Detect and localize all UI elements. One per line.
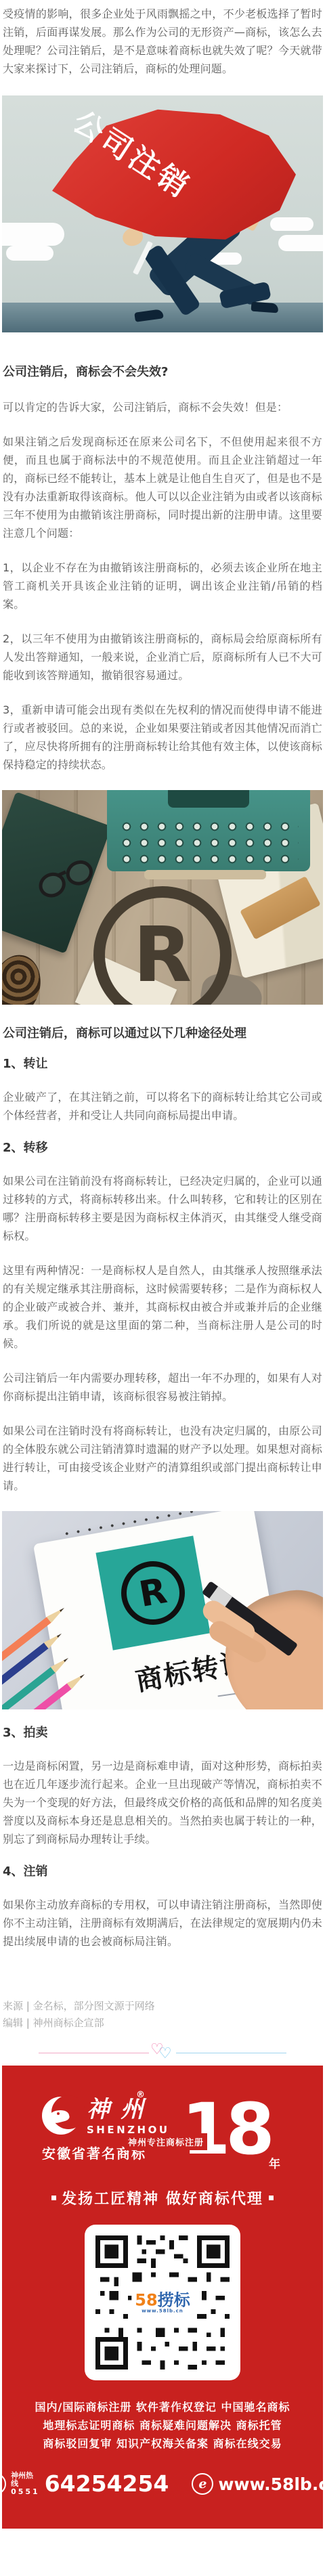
qr-label-58: 58 — [135, 2291, 157, 2310]
subheading-cancellation: 4、注销 — [0, 1864, 325, 1879]
brand-name-cn: 神州 — [87, 2097, 170, 2122]
years-badge: 18 神州专注商标注册 年 — [181, 2095, 283, 2170]
hotline-group: ☎ 神州热线 0551 64254254 — [0, 2472, 169, 2496]
bottom-whitespace — [0, 2529, 325, 2554]
intro-paragraph: 受疫情的影响，很多企业处于风雨飘摇之中，不少老板选择了暂时注销，后面再谋发展。那… — [0, 5, 325, 78]
typewriter-slot — [168, 790, 249, 808]
browser-e-icon: e — [192, 2473, 213, 2495]
years-ribbon: 神州专注商标注册 — [125, 2133, 207, 2150]
list-item-1: 1，以企业不存在为由撤销该注册商标的，必须去该企业所在地主管工商机关开具该企业注… — [0, 559, 325, 613]
paragraph: 如果注销之后发现商标还在原来公司名下，不但使用起来很不方便，而且也属于商标法中的… — [0, 433, 325, 542]
hero-image-company-deregistration[interactable]: 公司注销 — [2, 95, 323, 332]
website-url: www.58lb.cn — [218, 2474, 325, 2494]
man-foot — [251, 302, 279, 313]
subheading-auction: 3、拍卖 — [0, 1726, 325, 1741]
phone-icon: ☎ — [0, 2473, 6, 2495]
heart-divider: ♡♡ — [0, 2043, 325, 2063]
paragraph: 一边是商标闲置，另一边是商标难申请，面对这种形势，商标拍卖也在近几年逐步流行起来… — [0, 1757, 325, 1848]
paragraph: 公司注销后一年内需要办理转移，超出一年不办理的，如果有人对你商标提出注销申请，该… — [0, 1369, 325, 1405]
divider-line-pink — [39, 2053, 149, 2053]
square-bullet — [51, 2196, 56, 2200]
subheading-transfer: 1、转让 — [0, 1057, 325, 1072]
paragraph: 如果公司在注销前没有将商标转让，已经决定归属的，企业可以通过移转的方式，将商标转… — [0, 1172, 325, 1245]
teal-logo-square: R — [95, 1535, 210, 1650]
cloud-shape — [2, 223, 64, 246]
hotline-area-code: 0551 — [11, 2488, 40, 2496]
paragraph: 如果你主动放弃商标的专用权，可以申请注销注册商标，当然即使你不主动注销，注册商标… — [0, 1896, 325, 1950]
paragraph: 如果公司在注销时没有将商标转让，也没有决定归属的，由原公司的全体股东就公司注销清… — [0, 1422, 325, 1495]
services-line-1: 国内/国际商标注册 软件著作权登记 中国驰名商标 — [2, 2398, 323, 2416]
qr-code[interactable]: 58捞标 www.58lb.cn — [85, 2225, 240, 2380]
typewriter-spacebar — [144, 870, 266, 879]
article-page: 受疫情的影响，很多企业处于风雨飘摇之中，不少老板选择了暂时注销，后面再谋发展。那… — [0, 0, 325, 2554]
trademark-transfer-photo[interactable]: R 商标转让 — [2, 1511, 323, 1709]
typewriter-photo[interactable]: R — [2, 790, 323, 1005]
contact-row: ☎ 神州热线 0551 64254254 e www.58lb.cn — [2, 2472, 323, 2496]
dove-crescent-icon — [42, 2095, 83, 2137]
paragraph: 企业破产了，在其注销之前，可以将名下的商标转让给其它公司或个体经营者，并和受让人… — [0, 1088, 325, 1125]
typewriter-keys — [118, 818, 299, 867]
qr-label-url: www.58lb.cn — [135, 2309, 190, 2314]
website-group: e www.58lb.cn — [192, 2473, 325, 2495]
cloud-shape — [6, 246, 53, 261]
shenzhou-logo: 神州 SHENZHOU ® 安徽省著名商标 18 神州专注商标注册 年 — [2, 2095, 323, 2170]
registered-mark: ® — [136, 2090, 145, 2100]
years-number: 18 — [181, 2088, 270, 2170]
paragraph: 可以肯定的告诉大家，公司注销后，商标不会失效！但是： — [0, 398, 325, 416]
section-heading-trademark-validity: 公司注销后，商标会不会失效? — [0, 364, 325, 380]
source-line: 来源 | 金名标，部分图文源于网络 — [3, 1998, 322, 2015]
cloud-shape — [278, 235, 323, 251]
list-item-2: 2，以三年不使用为由撤销该注册商标的，商标局会给原商标所有人发出答辩通知，一般来… — [0, 630, 325, 684]
years-unit: 年 — [269, 2154, 280, 2171]
services-line-2: 地理标志证明商标 商标疑难问题解决 商标托管 — [2, 2416, 323, 2435]
subheading-move: 2、转移 — [0, 1141, 325, 1156]
promo-banner[interactable]: 神州 SHENZHOU ® 安徽省著名商标 18 神州专注商标注册 年 发扬工匠… — [2, 2066, 323, 2529]
services-list: 国内/国际商标注册 软件著作权登记 中国驰名商标 地理标志证明商标 商标疑难问题… — [2, 2398, 323, 2453]
qr-label-laobiao: 捞标 — [158, 2291, 190, 2310]
services-line-3: 商标驳回复审 知识产权海关备案 商标在线交易 — [2, 2435, 323, 2453]
article-meta: 来源 | 金名标，部分图文源于网络 编辑 | 神州商标企宣部 — [0, 1998, 325, 2032]
qr-center-label: 58捞标 www.58lb.cn — [131, 2291, 193, 2315]
square-bullet — [269, 2196, 274, 2200]
list-item-3: 3，重新申请可能会出现有类似在先权利的情况而使得申请不能进行或者被驳回。总的来说… — [0, 701, 325, 774]
paragraph: 这里有两种情况：一是商标权人是自然人，由其继承人按照继承法的有关规定继承其注册商… — [0, 1261, 325, 1353]
hearts-icon: ♡♡ — [149, 2043, 176, 2063]
editor-line: 编辑 | 神州商标企宣部 — [3, 2015, 322, 2032]
hotline-label: 神州热线 — [11, 2472, 40, 2488]
section-heading-handling-methods: 公司注销后，商标可以通过以下几种途径处理 — [0, 1025, 325, 1042]
cloud-shape — [270, 217, 313, 231]
divider-line-blue — [176, 2053, 286, 2053]
banner-tagline: 发扬工匠精神 做好商标代理 — [2, 2187, 323, 2208]
hotline-number: 64254254 — [45, 2472, 169, 2495]
